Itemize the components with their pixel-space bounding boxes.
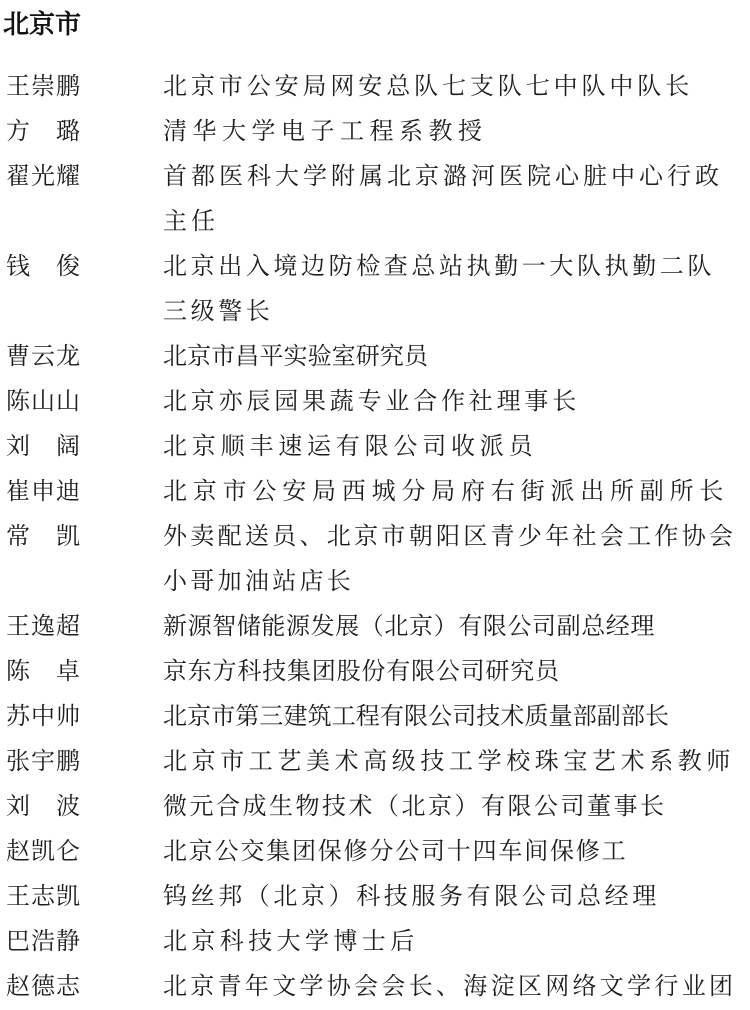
person-title: 京东方科技集团股份有限公司研究员 — [163, 650, 748, 695]
list-item: 王逸超 新源智储能源发展（北京）有限公司副总经理 — [0, 605, 750, 650]
person-title: 新源智储能源发展（北京）有限公司副总经理 — [163, 605, 748, 650]
list-item: 王崇鹏 北京市公安局网安总队七支队七中队中队长 — [0, 65, 750, 110]
person-title: 钨丝邦（北京）科技服务有限公司总经理 — [163, 875, 748, 920]
person-title: 北京市工艺美术高级技工学校珠宝艺术系教师 — [163, 740, 748, 785]
person-title: 北京市公安局西城分局府右街派出所副所长 — [163, 470, 748, 515]
person-title: 北京科技大学博士后 — [163, 920, 748, 965]
list-item: 赵凯仑 北京公交集团保修分公司十四车间保修工 — [0, 830, 750, 875]
person-title: 首都医科大学附属北京潞河医院心脏中心行政 主任 — [163, 155, 748, 245]
person-name: 钱俊 — [6, 245, 80, 290]
person-title: 北京出入境边防检查总站执勤一大队执勤二队 三级警长 — [163, 245, 748, 335]
list-item: 崔申迪 北京市公安局西城分局府右街派出所副所长 — [0, 470, 750, 515]
person-name: 陈山山 — [6, 380, 80, 425]
person-title: 北京市公安局网安总队七支队七中队中队长 — [163, 65, 748, 110]
person-title: 北京公交集团保修分公司十四车间保修工 — [163, 830, 748, 875]
list-item: 苏中帅 北京市第三建筑工程有限公司技术质量部副部长 — [0, 695, 750, 740]
person-title: 微元合成生物技术（北京）有限公司董事长 — [163, 785, 748, 830]
person-title: 北京亦辰园果蔬专业合作社理事长 — [163, 380, 748, 425]
person-name: 曹云龙 — [6, 335, 80, 380]
list-item: 钱俊 北京出入境边防检查总站执勤一大队执勤二队 三级警长 — [0, 245, 750, 335]
list-item: 刘波 微元合成生物技术（北京）有限公司董事长 — [0, 785, 750, 830]
person-name: 王逸超 — [6, 605, 80, 650]
list-item: 赵德志 北京青年文学协会会长、海淀区网络文学行业团 — [0, 965, 750, 1010]
list-item: 常凯 外卖配送员、北京市朝阳区青少年社会工作协会 小哥加油站店长 — [0, 515, 750, 605]
person-name: 常凯 — [6, 515, 80, 560]
list-item: 陈卓 京东方科技集团股份有限公司研究员 — [0, 650, 750, 695]
list-item: 刘阔 北京顺丰速运有限公司收派员 — [0, 425, 750, 470]
person-name: 巴浩静 — [6, 920, 80, 965]
person-name: 崔申迪 — [6, 470, 80, 515]
person-title: 清华大学电子工程系教授 — [163, 110, 748, 155]
person-name: 苏中帅 — [6, 695, 80, 740]
person-title: 北京顺丰速运有限公司收派员 — [163, 425, 748, 470]
person-name: 赵凯仑 — [6, 830, 80, 875]
person-name: 赵德志 — [6, 965, 80, 1010]
person-name: 张宇鹏 — [6, 740, 80, 785]
awardee-list: 王崇鹏 北京市公安局网安总队七支队七中队中队长 方璐 清华大学电子工程系教授 翟… — [0, 65, 750, 1010]
list-item: 翟光耀 首都医科大学附属北京潞河医院心脏中心行政 主任 — [0, 155, 750, 245]
list-item: 曹云龙 北京市昌平实验室研究员 — [0, 335, 750, 380]
section-title: 北京市 — [3, 8, 81, 40]
person-name: 王志凯 — [6, 875, 80, 920]
list-item: 张宇鹏 北京市工艺美术高级技工学校珠宝艺术系教师 — [0, 740, 750, 785]
person-name: 陈卓 — [6, 650, 80, 695]
list-item: 巴浩静 北京科技大学博士后 — [0, 920, 750, 965]
person-title: 北京市昌平实验室研究员 — [163, 335, 748, 380]
person-name: 刘阔 — [6, 425, 80, 470]
person-name: 翟光耀 — [6, 155, 80, 200]
document-page: 北京市 王崇鹏 北京市公安局网安总队七支队七中队中队长 方璐 清华大学电子工程系… — [0, 0, 750, 1010]
person-name: 方璐 — [6, 110, 80, 155]
person-title: 外卖配送员、北京市朝阳区青少年社会工作协会 小哥加油站店长 — [163, 515, 748, 605]
person-name: 王崇鹏 — [6, 65, 80, 110]
person-name: 刘波 — [6, 785, 80, 830]
person-title: 北京青年文学协会会长、海淀区网络文学行业团 — [163, 965, 748, 1010]
list-item: 王志凯 钨丝邦（北京）科技服务有限公司总经理 — [0, 875, 750, 920]
list-item: 方璐 清华大学电子工程系教授 — [0, 110, 750, 155]
person-title: 北京市第三建筑工程有限公司技术质量部副部长 — [163, 695, 748, 740]
list-item: 陈山山 北京亦辰园果蔬专业合作社理事长 — [0, 380, 750, 425]
